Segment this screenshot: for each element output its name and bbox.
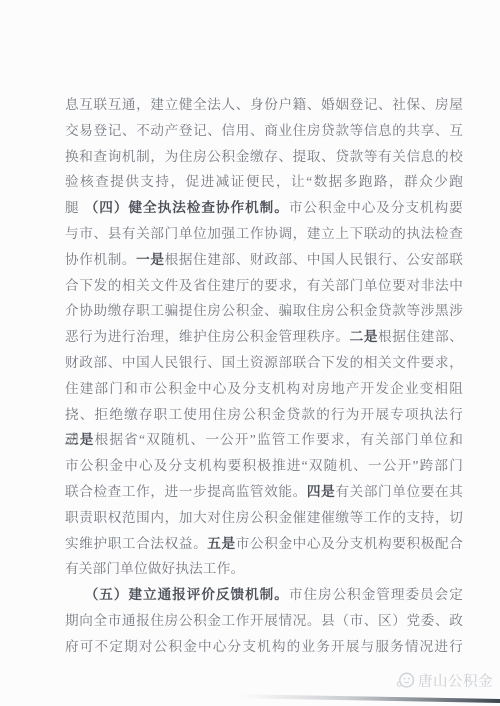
text-segment: 交易登记、不动产登记、信用、商业住房贷款等信息的共享、互 <box>65 123 463 138</box>
text-line: （五）建立通报评价反馈机制。市住房公积金管理委员会定 <box>65 582 463 608</box>
text-segment: 合下发的相关文件及省住建厅的要求，有关部门单位要对非法中 <box>65 278 463 293</box>
text-line: 市公积金中心及分支机构要积极推进“双随机、一公开”跨部门 <box>65 453 463 479</box>
bold-text-segment: 三是 <box>65 432 95 447</box>
text-segment: 有关部门单位做好执法工作。 <box>65 561 244 576</box>
text-segment: 根据省“双随机、一公开”监管工作要求，有关部门单位和 <box>95 432 463 447</box>
bold-text-segment: 四是 <box>307 484 335 499</box>
text-segment: 息互联互通，建立健全法人、身份户籍、婚姻登记、社保、房屋 <box>65 97 463 112</box>
text-line: 府可不定期对公积金中心分支机构的业务开展与服务情况进行 <box>65 634 463 660</box>
text-segment: 恶行为进行治理，维护住房公积金管理秩序。 <box>65 329 350 344</box>
bold-text-segment: （五）建立通报评价反馈机制。 <box>85 587 289 602</box>
watermark: 唐山公积金 <box>396 670 493 691</box>
text-segment: 与市、县有关部门单位加强工作协调，建立上下联动的执法检查 <box>65 226 463 241</box>
text-segment: 换和查询机制，为住房公积金缴存、提取、贷款等有关信息的校 <box>65 149 463 164</box>
page-edge-shadow <box>240 694 500 702</box>
text-segment: 财政部、中国人民银行、国土资源部联合下发的相关文件要求， <box>65 355 463 370</box>
text-segment: 有关部门单位要在其 <box>335 484 463 499</box>
document-body: 息互联互通，建立健全法人、身份户籍、婚姻登记、社保、房屋交易登记、不动产登记、信… <box>65 92 463 660</box>
text-line: 合下发的相关文件及省住建厅的要求，有关部门单位要对非法中 <box>65 273 463 299</box>
text-line: 与市、县有关部门单位加强工作协调，建立上下联动的执法检查 <box>65 221 463 247</box>
text-segment: 职责职权范围内，加大对住房公积金催建催缴等工作的支持，切 <box>65 510 463 525</box>
text-line: 联合检查工作，进一步提高监管效能。四是有关部门单位要在其 <box>65 479 463 505</box>
text-segment: 期向全市通报住房公积金工作开展情况。县（市、区）党委、政 <box>65 613 463 628</box>
text-segment: 市公积金中心及分支机构要 <box>289 200 463 215</box>
text-line: 财政部、中国人民银行、国土资源部联合下发的相关文件要求， <box>65 350 463 376</box>
text-line: 息互联互通，建立健全法人、身份户籍、婚姻登记、社保、房屋 <box>65 92 463 118</box>
text-segment: 根据住建部、财政部、中国人民银行、公安部联 <box>165 252 463 267</box>
text-segment: 介协助缴存职工骗提住房公积金、骗取住房公积金贷款等涉黑涉 <box>65 303 463 318</box>
bold-text-segment: 五是 <box>207 536 235 551</box>
text-line: 期向全市通报住房公积金工作开展情况。县（市、区）党委、政 <box>65 608 463 634</box>
text-line: 实维护职工合法权益。五是市公积金中心及分支机构要积极配合 <box>65 531 463 557</box>
bold-text-segment: 一是 <box>136 252 164 267</box>
text-segment: 联合检查工作，进一步提高监管效能。 <box>65 484 307 499</box>
text-segment: 协作机制。 <box>65 252 136 267</box>
text-segment: 市住房公积金管理委员会定 <box>289 587 463 602</box>
text-line: 住建部门和市公积金中心及分支机构对房地产开发企业变相阻 <box>65 376 463 402</box>
text-segment: 实维护职工合法权益。 <box>65 536 207 551</box>
text-segment: 根据住建部、 <box>378 329 463 344</box>
text-segment: 市公积金中心及分支机构要积极推进“双随机、一公开”跨部门 <box>65 458 463 473</box>
text-line: （四）健全执法检查协作机制。市公积金中心及分支机构要 <box>65 195 463 221</box>
text-line: 介协助缴存职工骗提住房公积金、骗取住房公积金贷款等涉黑涉 <box>65 298 463 324</box>
text-line: 换和查询机制，为住房公积金缴存、提取、贷款等有关信息的校 <box>65 144 463 170</box>
bold-text-segment: 二是 <box>350 329 378 344</box>
document-page: { "document": { "lines": [ {"fill": true… <box>0 0 500 706</box>
mascot-stamp-icon <box>396 671 415 690</box>
text-segment: 市公积金中心及分支机构要积极配合 <box>236 536 463 551</box>
bold-text-segment: （四）健全执法检查协作机制。 <box>85 200 289 215</box>
text-line: 有关部门单位做好执法工作。 <box>65 556 463 582</box>
text-line: 交易登记、不动产登记、信用、商业住房贷款等信息的共享、互 <box>65 118 463 144</box>
text-line: 恶行为进行治理，维护住房公积金管理秩序。二是根据住建部、 <box>65 324 463 350</box>
text-segment: 府可不定期对公积金中心分支机构的业务开展与服务情况进行 <box>65 639 463 654</box>
text-segment: 住建部门和市公积金中心及分支机构对房地产开发企业变相阻 <box>65 381 463 396</box>
watermark-label: 唐山公积金 <box>418 670 493 691</box>
text-line: 协作机制。一是根据住建部、财政部、中国人民银行、公安部联 <box>65 247 463 273</box>
text-line: 验核查提供支持，促进减证便民，让“数据多跑路，群众少跑腿”。 <box>65 169 463 195</box>
text-line: 挠、拒绝缴存职工使用住房公积金贷款的行为开展专项执法行动。 <box>65 402 463 428</box>
text-line: 三是根据省“双随机、一公开”监管工作要求，有关部门单位和 <box>65 427 463 453</box>
text-line: 职责职权范围内，加大对住房公积金催建催缴等工作的支持，切 <box>65 505 463 531</box>
